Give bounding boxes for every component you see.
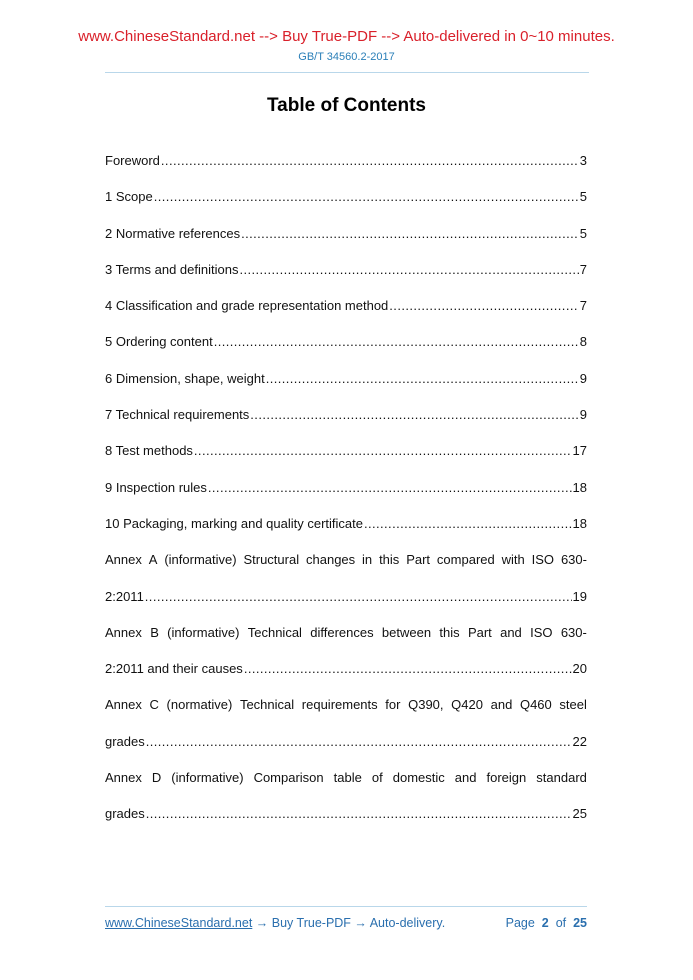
dot-leader	[244, 660, 572, 678]
dot-leader	[161, 152, 579, 170]
dot-leader	[241, 225, 579, 243]
dot-leader	[194, 442, 572, 460]
toc-entry-heading-line[interactable]: AnnexC(normative)Technicalrequirementsfo…	[105, 696, 587, 732]
toc-entry[interactable]: 2:2011 and their causes20	[105, 660, 587, 696]
header-divider	[105, 72, 589, 73]
page-total: 25	[573, 916, 587, 930]
toc-entry-title: 7 Technical requirements	[105, 406, 249, 424]
dot-leader	[214, 333, 579, 351]
toc-entry-page: 17	[573, 442, 587, 460]
table-of-contents: Foreword31 Scope52 Normative references5…	[105, 152, 587, 842]
toc-entry-page: 22	[573, 733, 587, 751]
website-link[interactable]: www.ChineseStandard.net	[105, 916, 252, 930]
dot-leader	[266, 370, 579, 388]
toc-entry-page: 18	[573, 479, 587, 497]
page-current: 2	[542, 916, 549, 930]
footer-tagline: → Buy True-PDF → Auto-delivery.	[252, 916, 445, 930]
toc-entry[interactable]: 3 Terms and definitions 7	[105, 261, 587, 297]
toc-entry-title: 8 Test methods	[105, 442, 193, 460]
footer-divider	[105, 906, 587, 907]
toc-entry-title: 3 Terms and definitions	[105, 261, 238, 279]
dot-leader	[239, 261, 578, 279]
toc-entry-page: 8	[580, 333, 587, 351]
toc-entry-page: 3	[580, 152, 587, 170]
toc-entry-title: 2:2011 and their causes	[105, 660, 243, 678]
toc-entry-page: 9	[580, 406, 587, 424]
promo-banner: www.ChineseStandard.net --> Buy True-PDF…	[0, 28, 693, 45]
toc-entry-title: 2:2011	[105, 588, 144, 606]
toc-entry-heading-line[interactable]: AnnexD(informative)Comparisontableofdome…	[105, 769, 587, 805]
toc-entry-page: 25	[573, 805, 587, 823]
toc-entry-title: Foreword	[105, 152, 160, 170]
toc-entry-page: 19	[573, 588, 587, 606]
toc-entry-title: 2 Normative references	[105, 225, 240, 243]
toc-entry[interactable]: 6 Dimension, shape, weight9	[105, 370, 587, 406]
toc-entry[interactable]: 10 Packaging, marking and quality certif…	[105, 515, 587, 551]
toc-entry-title: grades	[105, 733, 145, 751]
toc-entry[interactable]: 9 Inspection rules18	[105, 479, 587, 515]
standard-number: GB/T 34560.2-2017	[0, 51, 693, 63]
toc-entry-title: 9 Inspection rules	[105, 479, 207, 497]
toc-entry-page: 7	[580, 261, 587, 279]
toc-entry[interactable]: 2:2011 19	[105, 588, 587, 624]
dot-leader	[146, 733, 572, 751]
toc-entry-page: 9	[580, 370, 587, 388]
dot-leader	[364, 515, 572, 533]
toc-entry-title: 10 Packaging, marking and quality certif…	[105, 515, 363, 533]
toc-entry-title: grades	[105, 805, 145, 823]
toc-entry[interactable]: 5 Ordering content 8	[105, 333, 587, 369]
toc-entry[interactable]: grades22	[105, 733, 587, 769]
toc-entry-title: 4 Classification and grade representatio…	[105, 297, 388, 315]
toc-entry-page: 7	[580, 297, 587, 315]
footer-left: www.ChineseStandard.net → Buy True-PDF →…	[105, 916, 445, 930]
toc-entry[interactable]: 4 Classification and grade representatio…	[105, 297, 587, 333]
toc-entry-title: 1 Scope	[105, 188, 153, 206]
dot-leader	[146, 805, 572, 823]
toc-entry-page: 5	[580, 188, 587, 206]
toc-entry[interactable]: 1 Scope5	[105, 188, 587, 224]
toc-entry[interactable]: 7 Technical requirements 9	[105, 406, 587, 442]
toc-entry[interactable]: 8 Test methods17	[105, 442, 587, 478]
toc-entry-heading-line[interactable]: AnnexA(informative)Structuralchangesinth…	[105, 551, 587, 587]
toc-entry-title: 6 Dimension, shape, weight	[105, 370, 265, 388]
toc-entry[interactable]: Foreword3	[105, 152, 587, 188]
toc-entry-page: 5	[580, 225, 587, 243]
toc-entry-page: 18	[573, 515, 587, 533]
dot-leader	[145, 588, 572, 606]
toc-entry-page: 20	[573, 660, 587, 678]
toc-entry[interactable]: 2 Normative references5	[105, 225, 587, 261]
toc-entry-heading-line[interactable]: AnnexB(informative)Technicaldifferencesb…	[105, 624, 587, 660]
dot-leader	[154, 188, 579, 206]
dot-leader	[208, 479, 572, 497]
dot-leader	[389, 297, 578, 315]
page-indicator: Page 2 of 25	[506, 916, 587, 930]
toc-entry-title: 5 Ordering content	[105, 333, 213, 351]
toc-entry[interactable]: grades25	[105, 805, 587, 841]
page-title: Table of Contents	[0, 95, 693, 117]
page-footer: www.ChineseStandard.net → Buy True-PDF →…	[105, 916, 587, 930]
dot-leader	[250, 406, 578, 424]
